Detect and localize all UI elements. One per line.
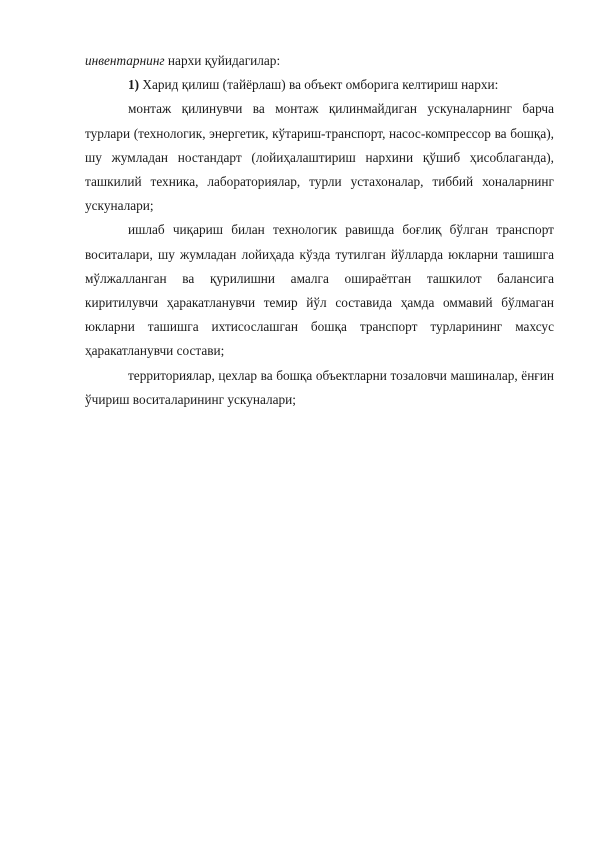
paragraph-equipment: монтаж қилинувчи ва монтаж қилинмайдиган…	[85, 97, 554, 218]
intro-italic: инвентарнинг	[85, 53, 165, 68]
paragraph-cleaning-fire: территориялар, цехлар ва бошқа объектлар…	[85, 364, 554, 412]
intro-text: нархи қуйидагилар:	[165, 53, 281, 68]
paragraph-transport: ишлаб чиқариш билан технологик равишда б…	[85, 218, 554, 363]
item-1-text: Харид қилиш (тайёрлаш) ва объект омбориг…	[139, 77, 498, 92]
intro-line: инвентарнинг нархи қуйидагилар:	[85, 49, 554, 73]
item-1-heading: 1) Харид қилиш (тайёрлаш) ва объект омбо…	[85, 73, 554, 97]
document-page: инвентарнинг нархи қуйидагилар: 1) Харид…	[85, 49, 554, 412]
item-1-number: 1)	[128, 77, 139, 92]
